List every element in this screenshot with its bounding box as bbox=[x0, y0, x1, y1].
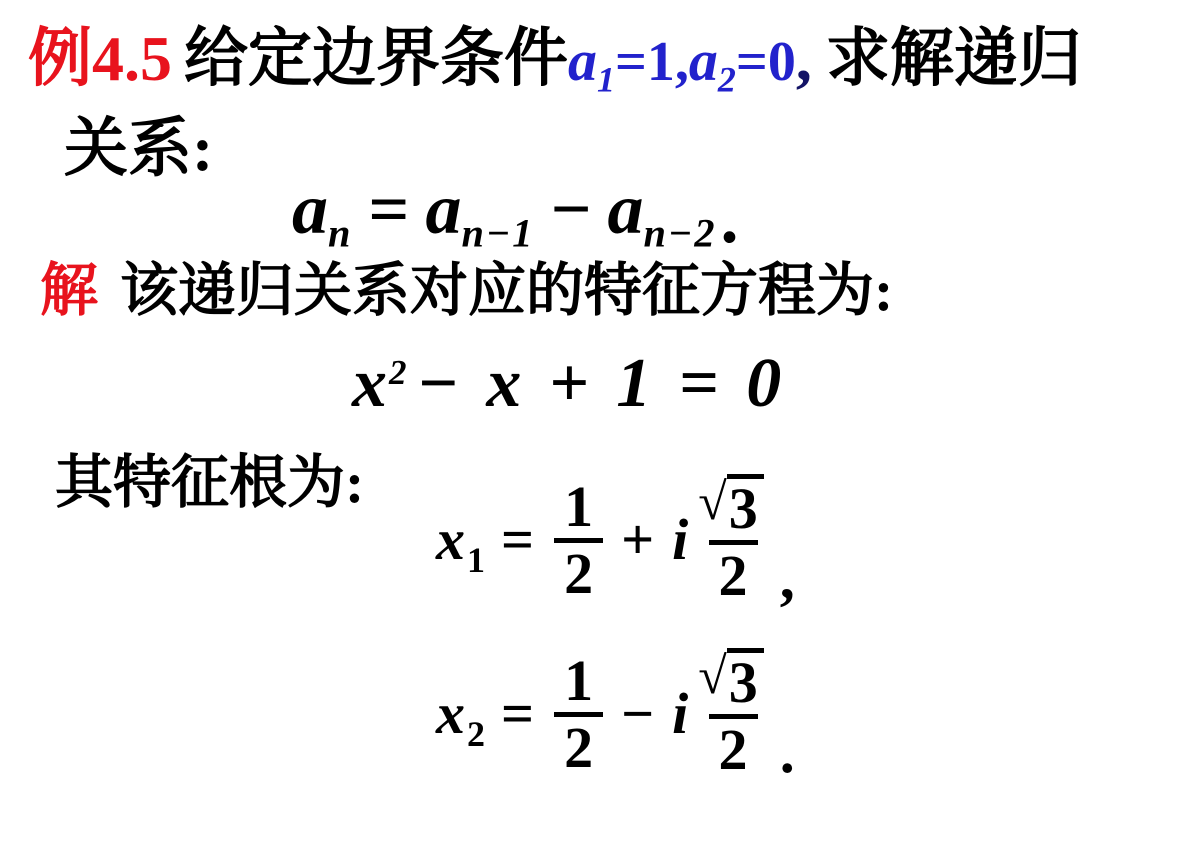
equals-sign: = bbox=[368, 169, 409, 249]
chareq-rest: − x + 1 = 0 bbox=[417, 345, 782, 422]
formula-period: . bbox=[721, 178, 739, 258]
root1-radicand: 3 bbox=[727, 474, 764, 540]
recurrence-term1: a bbox=[425, 169, 461, 249]
post-text: 求解递归 bbox=[826, 23, 1082, 94]
recurrence-lhs: a bbox=[292, 169, 328, 249]
solution-text: 该递归关系对应的特征方程为: bbox=[120, 258, 893, 323]
root2-equation: x 2 = 1 2 − i √3 2 . bbox=[436, 648, 795, 782]
root2-period: . bbox=[780, 718, 795, 787]
recurrence-term1-subscript: n−1 bbox=[461, 211, 534, 256]
radical-icon: √ bbox=[698, 477, 727, 529]
recurrence-formula: an=an−1−an−2. bbox=[292, 168, 739, 259]
characteristic-equation: x2− x + 1 = 0 bbox=[352, 344, 781, 425]
boundary-conditions: a1=1,a2=0 bbox=[568, 23, 796, 94]
recurrence-lhs-subscript: n bbox=[328, 211, 352, 256]
chareq-exponent: 2 bbox=[389, 353, 407, 392]
root2-subscript: 2 bbox=[467, 714, 485, 755]
chareq-base: x bbox=[352, 345, 387, 422]
cond-sub-2: 2 bbox=[718, 60, 736, 100]
roots-label: 其特征根为: bbox=[55, 450, 364, 517]
root1-fraction-half: 1 2 bbox=[554, 476, 603, 606]
root1-subscript: 1 bbox=[467, 540, 485, 581]
root2-sqrt-denominator: 2 bbox=[709, 714, 758, 782]
root1-half-numerator: 1 bbox=[554, 476, 603, 539]
title-line-wrap: 关系: bbox=[64, 112, 213, 186]
cond-value-1: =1, bbox=[615, 31, 689, 93]
root1-sqrt-denominator: 2 bbox=[709, 540, 758, 608]
root1-imaginary-unit: i bbox=[672, 507, 688, 574]
cond-value-2: =0 bbox=[736, 31, 796, 93]
root2-minus-sign: − bbox=[621, 681, 654, 748]
root2-equals: = bbox=[501, 681, 534, 748]
title-line: 例4.5给定边界条件a1=1,a2=0,求解递归 bbox=[28, 22, 1082, 101]
root1-comma: , bbox=[780, 544, 795, 613]
cond-var-a1: a bbox=[568, 28, 597, 93]
root2-half-denominator: 2 bbox=[554, 712, 603, 780]
root2-radicand: 3 bbox=[727, 648, 764, 714]
root2-fraction-sqrt3: √3 2 bbox=[698, 648, 768, 782]
root2-half-numerator: 1 bbox=[554, 650, 603, 713]
root2-fraction-half: 1 2 bbox=[554, 650, 603, 780]
lecture-slide: 例4.5给定边界条件a1=1,a2=0,求解递归 关系: an=an−1−an−… bbox=[0, 0, 1180, 856]
cond-sub-1: 1 bbox=[597, 60, 615, 100]
root1-fraction-sqrt3: √3 2 bbox=[698, 474, 768, 608]
separator-comma: , bbox=[796, 23, 812, 94]
root1-half-denominator: 2 bbox=[554, 538, 603, 606]
recurrence-term2: a bbox=[608, 169, 644, 249]
root1-sqrt-numerator: √3 bbox=[698, 474, 768, 540]
solution-line: 解该递归关系对应的特征方程为: bbox=[40, 258, 893, 325]
example-label: 例4.5 bbox=[28, 23, 172, 94]
minus-sign: − bbox=[550, 169, 591, 249]
root2-imaginary-unit: i bbox=[672, 681, 688, 748]
pre-text: 给定边界条件 bbox=[184, 23, 568, 94]
root1-plus-sign: + bbox=[621, 507, 654, 574]
root1-equation: x 1 = 1 2 + i √3 2 , bbox=[436, 474, 795, 608]
root2-sqrt-numerator: √3 bbox=[698, 648, 768, 714]
radical-icon: √ bbox=[698, 651, 727, 703]
root1-var: x bbox=[436, 507, 465, 574]
root2-var: x bbox=[436, 681, 465, 748]
solution-label: 解 bbox=[40, 258, 98, 323]
root1-equals: = bbox=[501, 507, 534, 574]
recurrence-term2-subscript: n−2 bbox=[644, 211, 717, 256]
cond-var-a2: a bbox=[689, 28, 718, 93]
